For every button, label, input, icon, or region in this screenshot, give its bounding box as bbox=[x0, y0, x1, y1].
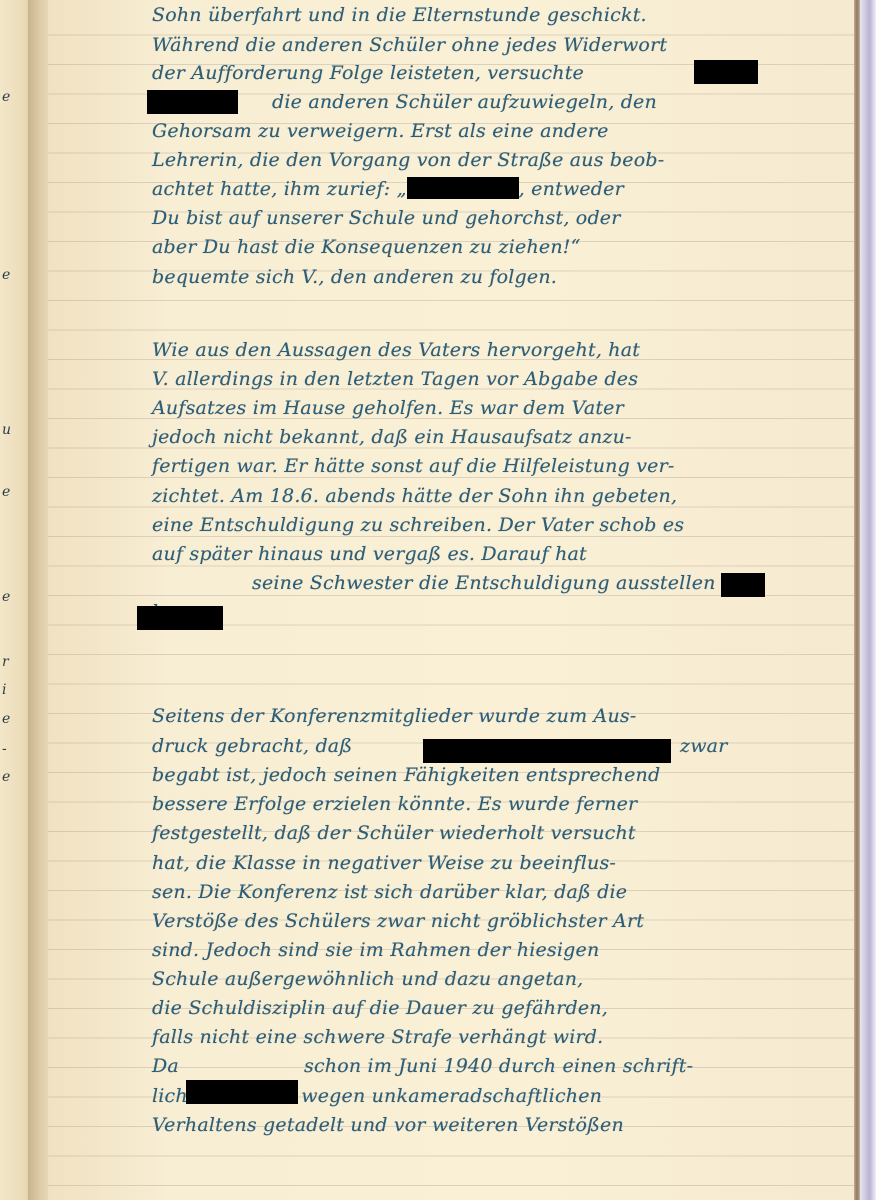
prev-page-mark: r bbox=[2, 655, 9, 669]
prev-page-mark: e bbox=[2, 90, 10, 104]
text-line: bequemte sich V., den anderen zu folgen. bbox=[152, 262, 772, 292]
prev-page-mark: e bbox=[2, 590, 10, 604]
redaction-bar bbox=[694, 60, 758, 84]
text-segment: auf später hinaus und vergaß es. Darauf … bbox=[152, 543, 587, 565]
text-segment: Da bbox=[152, 1055, 179, 1077]
text-line: V. allerdings in den letzten Tagen vor A… bbox=[152, 364, 772, 394]
scan-background bbox=[860, 0, 876, 1200]
text-line: festgestellt, daß der Schüler wiederholt… bbox=[152, 818, 772, 848]
redaction-bar bbox=[407, 177, 519, 199]
prev-page-mark: e bbox=[2, 770, 10, 784]
text-segment: druck gebracht, daß bbox=[152, 735, 352, 757]
prev-page-mark: e bbox=[2, 268, 10, 282]
text-segment: achtet hatte, ihm zurief: „ bbox=[152, 178, 407, 200]
prev-page-mark: - bbox=[2, 742, 7, 756]
text-line: sind. Jedoch sind sie im Rahmen der hies… bbox=[152, 935, 772, 965]
text-line: eine Entschuldigung zu schreiben. Der Va… bbox=[152, 510, 772, 540]
text-line: seine Schwester die Entschuldigung ausst… bbox=[252, 568, 872, 598]
text-line: Verhaltens getadelt und vor weiteren Ver… bbox=[152, 1110, 772, 1140]
text-segment: , entweder bbox=[519, 178, 624, 200]
text-line: Sohn überfahrt und in die Elternstunde g… bbox=[152, 0, 772, 30]
text-line: sen. Die Konferenz ist sich darüber klar… bbox=[152, 877, 772, 907]
text-line: Schule außergewöhnlich und dazu angetan, bbox=[152, 964, 772, 994]
scanned-document: e e u e e r i e - e Sohn überfahrt und i… bbox=[0, 0, 876, 1200]
text-line: zichtet. Am 18.6. abends hätte der Sohn … bbox=[152, 481, 772, 511]
text-line: fertigen war. Er hätte sonst auf die Hil… bbox=[152, 451, 772, 481]
prev-page-mark: u bbox=[2, 423, 11, 437]
text-line: Gehorsam zu verweigern. Erst als eine an… bbox=[152, 116, 772, 146]
text-line: der Aufforderung Folge leisteten, versuc… bbox=[152, 58, 772, 88]
redaction-bar bbox=[137, 606, 223, 630]
prev-page-mark: e bbox=[2, 712, 10, 726]
redaction-bar bbox=[186, 1080, 298, 1104]
redaction-bar bbox=[423, 739, 671, 763]
text-line: falls nicht eine schwere Strafe verhängt… bbox=[152, 1022, 772, 1052]
text-line: auf später hinaus und vergaß es. Darauf … bbox=[152, 539, 772, 569]
text-line: Du bist auf unserer Schule und gehorchst… bbox=[152, 203, 772, 233]
text-line: achtet hatte, ihm zurief: „, entweder bbox=[152, 174, 772, 204]
text-line: Verstöße des Schülers zwar nicht gröblic… bbox=[152, 906, 772, 936]
prev-page-mark: e bbox=[2, 485, 10, 499]
text-line: Während die anderen Schüler ohne jedes W… bbox=[152, 30, 772, 60]
text-line: begabt ist, jedoch seinen Fähigkeiten en… bbox=[152, 760, 772, 790]
prev-page-mark: i bbox=[2, 683, 6, 697]
text-segment: zwar bbox=[680, 731, 727, 761]
text-segment: seine Schwester die Entschuldigung ausst… bbox=[252, 572, 716, 594]
text-line: aber Du hast die Konsequenzen zu ziehen!… bbox=[152, 232, 772, 262]
text-segment: der Aufforderung Folge leisteten, versuc… bbox=[152, 62, 584, 84]
text-segment: die anderen Schüler aufzuwiegeln, den bbox=[272, 91, 657, 113]
text-line: Wie aus den Aussagen des Vaters hervorge… bbox=[152, 335, 772, 365]
text-line: lassen. bbox=[152, 597, 772, 627]
redaction-bar bbox=[721, 573, 765, 597]
text-line: Seitens der Konferenzmitglieder wurde zu… bbox=[152, 701, 772, 731]
text-line: bessere Erfolge erzielen könnte. Es wurd… bbox=[152, 789, 772, 819]
text-line: hat, die Klasse in negativer Weise zu be… bbox=[152, 848, 772, 878]
book-gutter bbox=[30, 0, 50, 1200]
redaction-bar bbox=[147, 90, 238, 114]
text-line: Da schon im Juni 1940 durch einen schrif… bbox=[152, 1051, 772, 1081]
text-line: Aufsatzes im Hause geholfen. Es war dem … bbox=[152, 393, 772, 423]
text-line: die Schuldisziplin auf die Dauer zu gefä… bbox=[152, 993, 772, 1023]
text-line: die anderen Schüler aufzuwiegeln, den bbox=[272, 87, 876, 117]
gutter-crease bbox=[28, 0, 30, 1200]
text-segment: schon im Juni 1940 durch einen schrift- bbox=[304, 1051, 693, 1081]
text-line: jedoch nicht bekannt, daß ein Hausaufsat… bbox=[152, 422, 772, 452]
text-line: Lehrerin, die den Vorgang von der Straße… bbox=[152, 145, 772, 175]
